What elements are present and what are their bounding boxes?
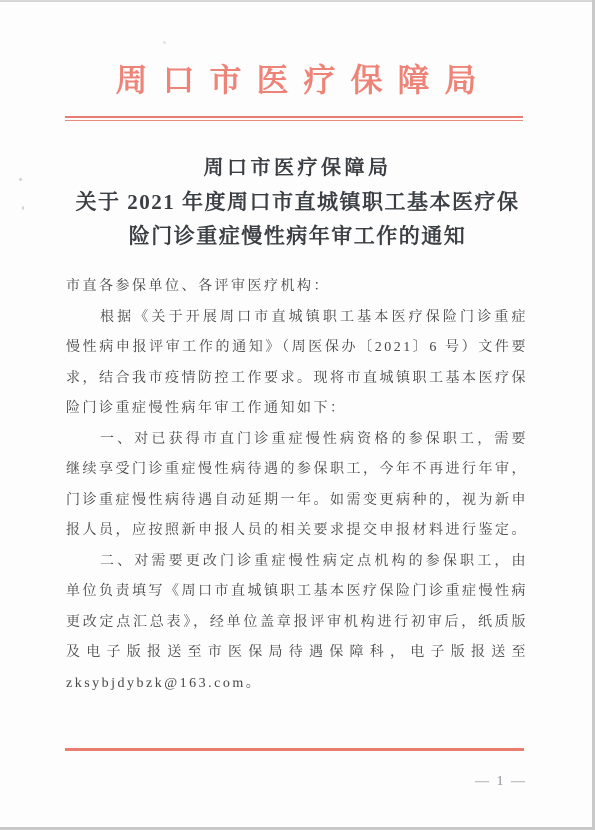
footer-divider [65,748,524,751]
page-number: — 1 — [475,774,527,790]
letterhead-divider-thin [65,120,523,121]
document-body: 市直各参保单位、各评审医疗机构： 根据《关于开展周口市直城镇职工基本医疗保险门诊… [66,272,528,699]
body-paragraph: 一、对已获得市直门诊重症慢性病资格的参保职工，需要继续享受门诊重症慢性病待遇的参… [66,425,528,547]
letterhead-title-text: 周口市医疗保障局 [115,62,491,98]
letterhead-title: 周口市医疗保障局 [0,55,595,101]
salutation-line: 市直各参保单位、各评审医疗机构： [66,272,528,303]
document-title-issuer: 周口市医疗保障局 [0,153,595,183]
body-paragraph: 根据《关于开展周口市直城镇职工基本医疗保险门诊重症慢性病申报评审工作的通知》（周… [66,303,528,425]
document-page: 周口市医疗保障局 周口市医疗保障局 关于 2021 年度周口市直城镇职工基本医疗… [0,0,595,830]
document-title-subject: 关于 2021 年度周口市直城镇职工基本医疗保险门诊重症慢性病年审工作的通知 [65,185,531,253]
letterhead-divider-thick [65,116,523,118]
scan-speck [163,41,166,44]
scan-edge-top [0,0,595,2]
body-paragraph: 二、对需要更改门诊重症慢性病定点机构的参保职工，由单位负责填写《周口市直城镇职工… [66,547,528,700]
document-title: 周口市医疗保障局 关于 2021 年度周口市直城镇职工基本医疗保险门诊重症慢性病… [0,153,595,253]
